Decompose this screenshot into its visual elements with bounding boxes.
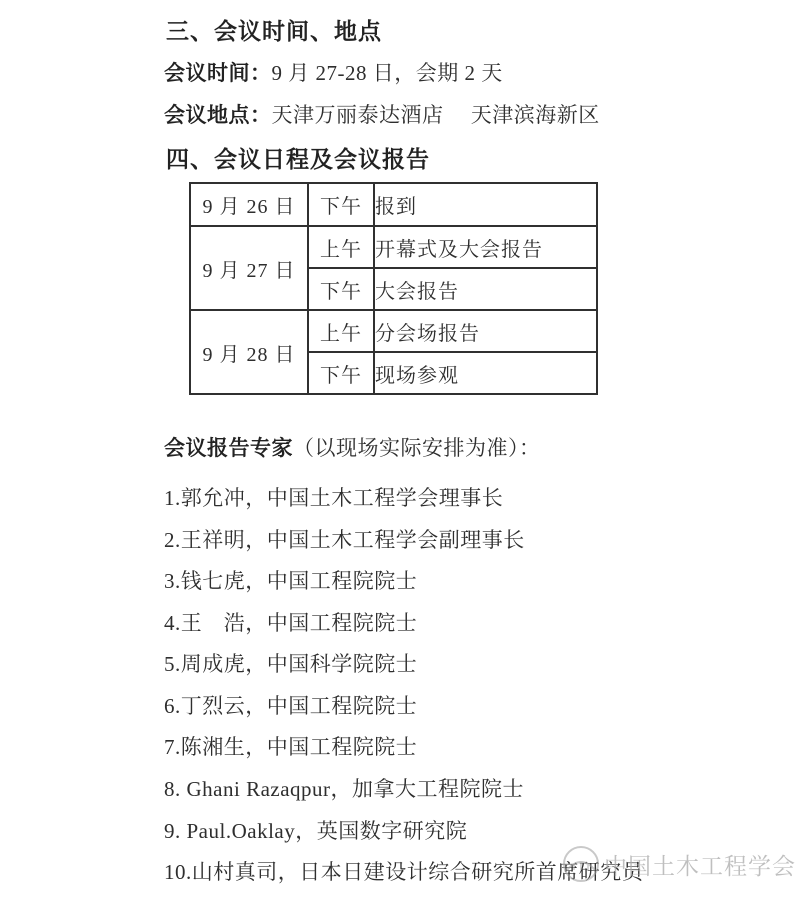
speakers-heading: 会议报告专家	[164, 436, 293, 460]
meeting-time-label: 会议时间：	[164, 61, 272, 85]
section-heading-agenda: 四、会议日程及会议报告	[166, 141, 430, 174]
speakers-heading-note: （以现场实际安排为准）：	[293, 436, 541, 460]
watermark: 中国土木工程学会	[560, 843, 796, 885]
watermark-text: 中国土木工程学会	[604, 848, 796, 881]
period-cell: 上午	[308, 226, 374, 268]
list-item: 7.陈湘生，中国工程院院士	[164, 731, 417, 761]
period-cell: 下午	[308, 268, 374, 310]
list-item: 5.周成虎，中国科学院院士	[164, 648, 417, 678]
meeting-place-label: 会议地点：	[164, 103, 272, 127]
list-item: 3.钱七虎，中国工程院院士	[164, 565, 417, 595]
meeting-time-value: 9 月 27-28 日，会期 2 天	[272, 61, 503, 85]
circle-bridge-logo-icon	[560, 843, 602, 885]
speakers-heading-line: 会议报告专家（以现场实际安排为准）：	[164, 432, 541, 462]
meeting-time-line: 会议时间：9 月 27-28 日，会期 2 天	[164, 57, 503, 87]
section-heading-time-place: 三、会议时间、地点	[166, 13, 382, 46]
activity-cell: 分会场报告	[374, 310, 597, 352]
activity-cell: 开幕式及大会报告	[374, 226, 597, 268]
activity-cell: 报到	[374, 183, 597, 226]
list-item: 2.王祥明，中国土木工程学会副理事长	[164, 524, 525, 554]
list-item: 4.王 浩，中国工程院院士	[164, 607, 417, 637]
list-item: 8. Ghani Razaqpur，加拿大工程院院士	[164, 773, 524, 803]
table-row: 9 月 26 日 下午 报到	[190, 183, 597, 226]
meeting-place-line: 会议地点：天津万丽泰达酒店 天津滨海新区	[164, 99, 600, 129]
period-cell: 下午	[308, 352, 374, 394]
period-cell: 下午	[308, 183, 374, 226]
date-cell: 9 月 27 日	[190, 226, 308, 310]
document-page: 三、会议时间、地点 会议时间：9 月 27-28 日，会期 2 天 会议地点：天…	[0, 0, 799, 905]
activity-cell: 现场参观	[374, 352, 597, 394]
activity-cell: 大会报告	[374, 268, 597, 310]
table-row: 9 月 28 日 上午 分会场报告	[190, 310, 597, 352]
list-item: 9. Paul.Oaklay，英国数字研究院	[164, 815, 467, 845]
period-cell: 上午	[308, 310, 374, 352]
list-item: 1.郭允冲，中国土木工程学会理事长	[164, 482, 503, 512]
schedule-table: 9 月 26 日 下午 报到 9 月 27 日 上午 开幕式及大会报告 下午 大…	[189, 182, 598, 395]
list-item: 6.丁烈云，中国工程院院士	[164, 690, 417, 720]
meeting-place-value: 天津万丽泰达酒店 天津滨海新区	[272, 103, 600, 127]
date-cell: 9 月 26 日	[190, 183, 308, 226]
table-row: 9 月 27 日 上午 开幕式及大会报告	[190, 226, 597, 268]
date-cell: 9 月 28 日	[190, 310, 308, 394]
